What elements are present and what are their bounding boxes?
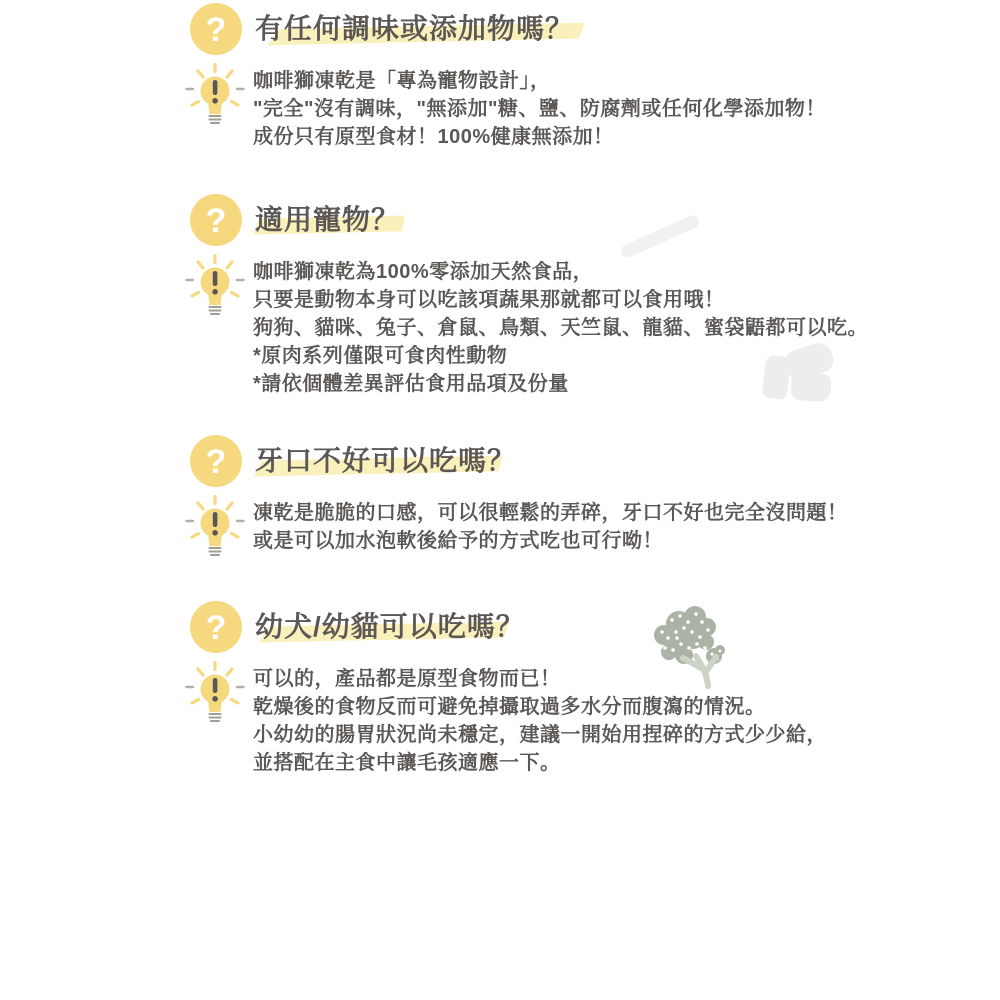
answer-text: 咖啡獅凍乾是「專為寵物設計」， "完全"沒有調味，"無添加"糖、鹽、防腐劑或任何…: [253, 67, 826, 151]
question-mark-circle-icon: ?: [190, 3, 242, 55]
lightbulb-exclamation-icon: [190, 258, 253, 398]
answer-line: 並搭配在主食中讓毛孩適應一下。: [253, 749, 827, 777]
answer-text: 咖啡獅凍乾為100%零添加天然食品， 只要是動物本身可以吃該項蔬果那就都可以食用…: [253, 258, 868, 398]
answer-row: 凍乾是脆脆的口感，可以很輕鬆的弄碎，牙口不好也完全沒問題！ 或是可以加水泡軟後給…: [190, 499, 880, 565]
answer-line: 咖啡獅凍乾為100%零添加天然食品，: [253, 258, 868, 286]
question-mark-circle-icon: ?: [190, 435, 242, 487]
question-title: 牙口不好可以吃嗎？: [255, 434, 516, 488]
question-row: ? 適用寵物？: [190, 193, 880, 247]
answer-line: 可以的，產品都是原型食物而已！: [253, 665, 827, 693]
question-mark-circle-icon: ?: [190, 194, 242, 246]
answer-row: 咖啡獅凍乾是「專為寵物設計」， "完全"沒有調味，"無添加"糖、鹽、防腐劑或任何…: [190, 67, 880, 151]
answer-line: "完全"沒有調味，"無添加"糖、鹽、防腐劑或任何化學添加物！: [253, 95, 826, 123]
question-title: 幼犬/幼貓可以吃嗎？: [255, 600, 525, 654]
faq-section-bad-teeth: ? 牙口不好可以吃嗎？: [190, 434, 880, 565]
svg-text:?: ?: [206, 443, 227, 481]
svg-text:?: ?: [206, 11, 227, 49]
answer-line: 或是可以加水泡軟後給予的方式吃也可行呦！: [253, 527, 848, 555]
question-text: 適用寵物？: [255, 204, 400, 235]
answer-line: *原肉系列僅限可食肉性動物: [253, 342, 868, 370]
question-title: 有任何調味或添加物嗎？: [255, 2, 574, 56]
answer-line: *請依個體差異評估食用品項及份量: [253, 370, 868, 398]
answer-line: 成份只有原型食材！100%健康無添加！: [253, 123, 826, 151]
svg-text:?: ?: [206, 609, 227, 647]
answer-row: 可以的，產品都是原型食物而已！ 乾燥後的食物反而可避免掉攝取過多水分而腹瀉的情況…: [190, 665, 880, 777]
question-row: ? 有任何調味或添加物嗎？: [190, 2, 880, 56]
faq-section-additives: ? 有任何調味或添加物嗎？: [190, 2, 880, 151]
question-row: ? 幼犬/幼貓可以吃嗎？: [190, 600, 880, 654]
answer-line: 凍乾是脆脆的口感，可以很輕鬆的弄碎，牙口不好也完全沒問題！: [253, 499, 848, 527]
question-mark-circle-icon: ?: [190, 601, 242, 653]
answer-line: 小幼幼的腸胃狀況尚未穩定，建議一開始用捏碎的方式少少給，: [253, 721, 827, 749]
faq-page: ? 有任何調味或添加物嗎？: [0, 0, 1000, 1000]
svg-text:?: ?: [206, 202, 227, 240]
lightbulb-exclamation-icon: [190, 67, 253, 151]
question-row: ? 牙口不好可以吃嗎？: [190, 434, 880, 488]
lightbulb-exclamation-icon: [190, 665, 253, 777]
answer-line: 只要是動物本身可以吃該項蔬果那就都可以食用哦！: [253, 286, 868, 314]
answer-line: 乾燥後的食物反而可避免掉攝取過多水分而腹瀉的情況。: [253, 693, 827, 721]
faq-section-suitable-pets: ? 適用寵物？: [190, 193, 880, 398]
question-title: 適用寵物？: [255, 193, 400, 247]
question-text: 牙口不好可以吃嗎？: [255, 445, 516, 476]
answer-row: 咖啡獅凍乾為100%零添加天然食品， 只要是動物本身可以吃該項蔬果那就都可以食用…: [190, 258, 880, 398]
answer-text: 凍乾是脆脆的口感，可以很輕鬆的弄碎，牙口不好也完全沒問題！ 或是可以加水泡軟後給…: [253, 499, 848, 565]
lightbulb-exclamation-icon: [190, 499, 253, 565]
answer-text: 可以的，產品都是原型食物而已！ 乾燥後的食物反而可避免掉攝取過多水分而腹瀉的情況…: [253, 665, 827, 777]
faq-section-puppies-kittens: ? 幼犬/幼貓可以吃嗎？: [190, 600, 880, 777]
question-text: 有任何調味或添加物嗎？: [255, 13, 574, 44]
question-text: 幼犬/幼貓可以吃嗎？: [255, 611, 525, 642]
answer-line: 咖啡獅凍乾是「專為寵物設計」，: [253, 67, 826, 95]
answer-line: 狗狗、貓咪、兔子、倉鼠、鳥類、天竺鼠、龍貓、蜜袋鼯都可以吃。: [253, 314, 868, 342]
